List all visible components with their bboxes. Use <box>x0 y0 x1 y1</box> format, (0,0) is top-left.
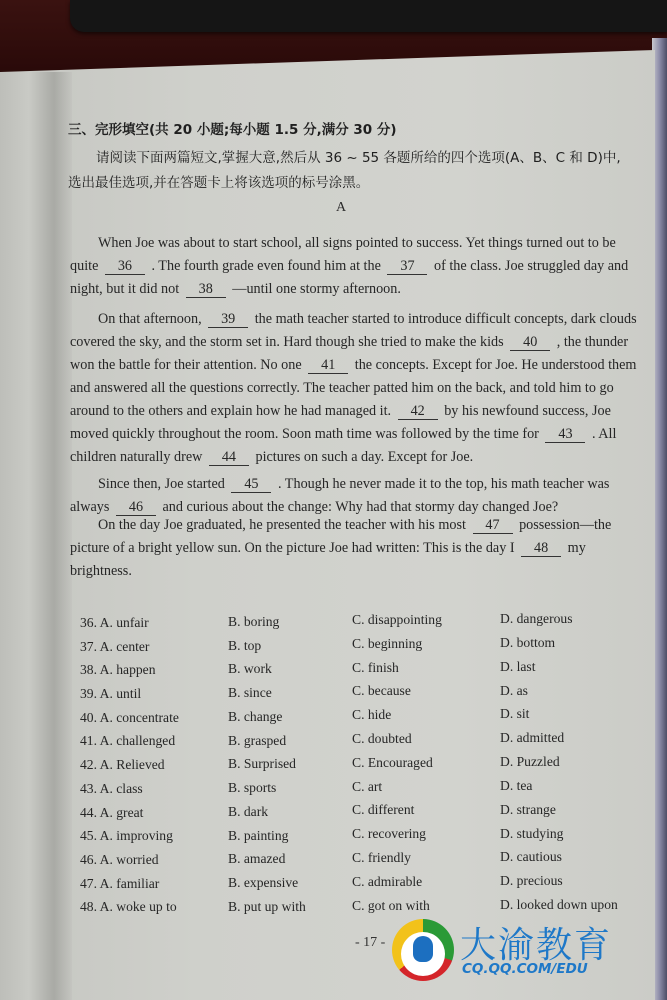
text-segment: night, but it did not <box>70 281 183 297</box>
text-segment: won the battle for their attention. No o… <box>70 357 305 373</box>
text-segment: children naturally drew <box>70 449 206 465</box>
text-line: and answered all the questions correctly… <box>70 377 630 400</box>
option-a[interactable]: 48. A. woke up to <box>80 899 177 915</box>
option-b[interactable]: B. boring <box>228 614 279 630</box>
option-c[interactable]: C. finish <box>352 660 399 676</box>
option-c[interactable]: C. friendly <box>352 850 411 866</box>
option-d[interactable]: D. cautious <box>500 849 562 865</box>
paragraph-3: Since then, Joe started 45 . Though he n… <box>70 473 630 519</box>
option-b[interactable]: B. expensive <box>228 875 298 891</box>
text-line: picture of a bright yellow sun. On the p… <box>70 537 630 560</box>
text-segment: my <box>564 540 586 556</box>
cloze-blank[interactable]: 38 <box>186 281 226 298</box>
cloze-blank[interactable]: 42 <box>398 403 438 420</box>
option-d[interactable]: D. bottom <box>500 635 555 651</box>
option-a[interactable]: 36. A. unfair <box>80 615 149 631</box>
watermark-url: CQ.QQ.COM/EDU <box>462 961 588 977</box>
option-d[interactable]: D. tea <box>500 778 532 794</box>
option-c[interactable]: C. disappointing <box>352 612 442 628</box>
instructions-line-2: 选出最佳选项,并在答题卡上将该选项的标号涂黑。 <box>68 171 628 191</box>
passage-label: A <box>336 200 346 216</box>
option-b[interactable]: B. amazed <box>228 851 285 867</box>
option-c[interactable]: C. beginning <box>352 636 422 652</box>
option-b[interactable]: B. put up with <box>228 899 306 915</box>
question-row: 42. A. RelievedB. SurprisedC. Encouraged… <box>80 757 620 781</box>
answer-options: 36. A. unfairB. boringC. disappointingD.… <box>80 615 620 923</box>
cloze-blank[interactable]: 48 <box>521 540 561 557</box>
option-c[interactable]: C. art <box>352 779 382 795</box>
text-segment: . All <box>588 426 616 442</box>
option-b[interactable]: B. dark <box>228 804 268 820</box>
text-line: night, but it did not 38 —until one stor… <box>70 278 630 301</box>
text-line: covered the sky, and the storm set in. H… <box>70 331 630 354</box>
text-segment: covered the sky, and the storm set in. H… <box>70 334 507 350</box>
option-c[interactable]: C. got on with <box>352 898 430 914</box>
option-a[interactable]: 41. A. challenged <box>80 733 175 749</box>
paragraph-4: On the day Joe graduated, he presented t… <box>70 514 630 583</box>
paragraph-1: When Joe was about to start school, all … <box>70 232 630 301</box>
option-b[interactable]: B. Surprised <box>228 756 296 772</box>
question-row: 38. A. happenB. workC. finishD. last <box>80 662 620 686</box>
page-content: 三、完形填空(共 20 小题;每小题 1.5 分,满分 30 分) 请阅读下面两… <box>0 0 667 1000</box>
option-a[interactable]: 47. A. familiar <box>80 876 159 892</box>
text-segment: possession—the <box>516 517 612 533</box>
cloze-blank[interactable]: 44 <box>209 449 249 466</box>
option-a[interactable]: 44. A. great <box>80 805 143 821</box>
cloze-blank[interactable]: 40 <box>510 334 550 351</box>
option-c[interactable]: C. admirable <box>352 874 422 890</box>
paragraph-2: On that afternoon, 39 the math teacher s… <box>70 308 630 469</box>
penguin-icon <box>413 936 433 962</box>
text-segment: of the class. Joe struggled day and <box>430 258 628 274</box>
option-b[interactable]: B. painting <box>228 828 288 844</box>
option-c[interactable]: C. doubted <box>352 731 412 747</box>
instructions-line-1: 请阅读下面两篇短文,掌握大意,然后从 36 ~ 55 各题所给的四个选项(A、B… <box>96 146 656 166</box>
text-segment: picture of a bright yellow sun. On the p… <box>70 540 518 556</box>
cloze-blank[interactable]: 37 <box>387 258 427 275</box>
text-segment: quite <box>70 258 102 274</box>
option-d[interactable]: D. strange <box>500 802 556 818</box>
text-segment: Since then, Joe started <box>98 476 228 492</box>
text-segment: the concepts. Except for Joe. He underst… <box>351 357 636 373</box>
option-b[interactable]: B. work <box>228 661 272 677</box>
question-row: 46. A. worriedB. amazedC. friendlyD. cau… <box>80 852 620 876</box>
question-row: 44. A. greatB. darkC. differentD. strang… <box>80 805 620 829</box>
text-segment: On that afternoon, <box>98 311 205 327</box>
cloze-blank[interactable]: 43 <box>545 426 585 443</box>
option-c[interactable]: C. Encouraged <box>352 755 433 771</box>
text-line: When Joe was about to start school, all … <box>70 232 630 255</box>
text-segment: and curious about the change: Why had th… <box>159 499 558 515</box>
section-title: 三、完形填空(共 20 小题;每小题 1.5 分,满分 30 分) <box>68 118 397 138</box>
question-row: 39. A. untilB. sinceC. becauseD. as <box>80 686 620 710</box>
text-line: moved quickly throughout the room. Soon … <box>70 423 630 446</box>
option-a[interactable]: 45. A. improving <box>80 828 173 844</box>
text-segment: , the thunder <box>553 334 628 350</box>
text-segment: . The fourth grade even found him at the <box>148 258 385 274</box>
option-c[interactable]: C. because <box>352 683 411 699</box>
cloze-blank[interactable]: 45 <box>231 476 271 493</box>
text-segment: by his newfound success, Joe <box>441 403 611 419</box>
text-segment: brightness. <box>70 563 132 579</box>
option-b[interactable]: B. since <box>228 685 272 701</box>
text-segment: always <box>70 499 113 515</box>
text-segment: . Though he never made it to the top, hi… <box>274 476 609 492</box>
text-line: children naturally drew 44 pictures on s… <box>70 446 630 469</box>
text-segment: moved quickly throughout the room. Soon … <box>70 426 542 442</box>
option-d[interactable]: D. dangerous <box>500 611 572 627</box>
cloze-blank[interactable]: 36 <box>105 258 145 275</box>
text-line: On the day Joe graduated, he presented t… <box>70 514 630 537</box>
option-d[interactable]: D. as <box>500 683 528 699</box>
text-segment: —until one stormy afternoon. <box>229 281 401 297</box>
text-line: On that afternoon, 39 the math teacher s… <box>70 308 630 331</box>
option-d[interactable]: D. studying <box>500 826 563 842</box>
text-segment: the math teacher started to introduce di… <box>251 311 636 327</box>
option-b[interactable]: B. change <box>228 709 282 725</box>
text-segment: pictures on such a day. Except for Joe. <box>252 449 473 465</box>
option-d[interactable]: D. last <box>500 659 536 675</box>
option-b[interactable]: B. top <box>228 638 261 654</box>
option-c[interactable]: C. recovering <box>352 826 426 842</box>
option-d[interactable]: D. looked down upon <box>500 897 618 913</box>
option-c[interactable]: C. different <box>352 802 414 818</box>
text-line: quite 36 . The fourth grade even found h… <box>70 255 630 278</box>
page-number: - 17 - <box>355 935 385 951</box>
text-segment: When Joe was about to start school, all … <box>98 235 616 251</box>
watermark-logo: 大渝教育 CQ.QQ.COM/EDU <box>392 915 662 987</box>
option-d[interactable]: D. admitted <box>500 730 564 746</box>
option-a[interactable]: 42. A. Relieved <box>80 757 165 773</box>
option-b[interactable]: B. sports <box>228 780 276 796</box>
cloze-blank[interactable]: 39 <box>208 311 248 328</box>
text-segment: around to the others and explain how he … <box>70 403 395 419</box>
option-a[interactable]: 37. A. center <box>80 639 149 655</box>
option-a[interactable]: 40. A. concentrate <box>80 710 179 726</box>
option-d[interactable]: D. Puzzled <box>500 754 560 770</box>
question-row: 45. A. improvingB. paintingC. recovering… <box>80 828 620 852</box>
text-segment: On the day Joe graduated, he presented t… <box>98 517 470 533</box>
text-segment: and answered all the questions correctly… <box>70 380 614 396</box>
option-a[interactable]: 39. A. until <box>80 686 141 702</box>
option-a[interactable]: 46. A. worried <box>80 852 159 868</box>
text-line: won the battle for their attention. No o… <box>70 354 630 377</box>
question-row: 37. A. centerB. topC. beginningD. bottom <box>80 639 620 663</box>
question-row: 47. A. familiarB. expensiveC. admirableD… <box>80 876 620 900</box>
option-a[interactable]: 38. A. happen <box>80 662 156 678</box>
text-line: around to the others and explain how he … <box>70 400 630 423</box>
cloze-blank[interactable]: 47 <box>473 517 513 534</box>
text-line: brightness. <box>70 560 630 583</box>
cloze-blank[interactable]: 41 <box>308 357 348 374</box>
option-d[interactable]: D. sit <box>500 706 529 722</box>
option-d[interactable]: D. precious <box>500 873 563 889</box>
option-c[interactable]: C. hide <box>352 707 391 723</box>
option-a[interactable]: 43. A. class <box>80 781 143 797</box>
option-b[interactable]: B. grasped <box>228 733 286 749</box>
text-line: Since then, Joe started 45 . Though he n… <box>70 473 630 496</box>
